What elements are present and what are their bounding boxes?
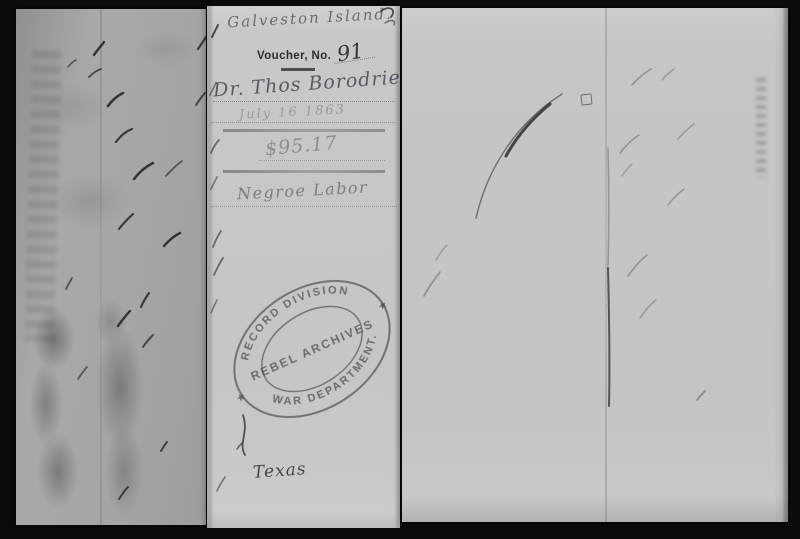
stamp-right-star-icon: ★ bbox=[377, 298, 391, 312]
left-page-fold-crease bbox=[100, 9, 102, 525]
small-square-mark bbox=[580, 93, 592, 105]
state-line: Texas bbox=[252, 459, 307, 483]
scan-border-top bbox=[0, 0, 800, 6]
scan-border-bottom bbox=[0, 528, 800, 539]
printed-dash-rule bbox=[281, 68, 315, 71]
payee-line: Dr. Thos Borodrie bbox=[212, 66, 401, 101]
voucher-number: 91 bbox=[332, 41, 375, 64]
scan-border-right bbox=[789, 0, 800, 539]
amount-dotted-line bbox=[259, 160, 385, 161]
scanned-document: Galveston Island. Voucher, No. 91 Dr. Th… bbox=[0, 0, 800, 539]
voucher-page: Galveston Island. Voucher, No. 91 Dr. Th… bbox=[207, 3, 400, 534]
voucher-number-row: Voucher, No. 91 bbox=[257, 44, 374, 62]
date-line: July 16 1863 bbox=[239, 102, 347, 123]
horizontal-rule-2 bbox=[223, 170, 385, 173]
description-line: Negroe Labor bbox=[237, 178, 369, 204]
horizontal-rule-1 bbox=[223, 129, 385, 132]
bleed-through-text bbox=[24, 51, 62, 342]
description-dotted-line bbox=[211, 206, 397, 207]
bleed-through-marks bbox=[756, 78, 766, 178]
voucher-label: Voucher, No. bbox=[257, 50, 331, 62]
amount-line: $95.17 bbox=[264, 132, 338, 160]
location-line: Galveston Island. bbox=[221, 4, 400, 31]
right-page-fold-crease bbox=[605, 8, 607, 522]
war-department-stamp: RECORD DIVISION WAR DEPARTMENT. REBEL AR… bbox=[195, 238, 429, 460]
right-page bbox=[402, 8, 788, 522]
right-page-ink-marks bbox=[402, 8, 788, 522]
left-page bbox=[16, 9, 206, 525]
date-dotted-line bbox=[211, 122, 395, 123]
payee-dotted-line bbox=[213, 101, 395, 102]
